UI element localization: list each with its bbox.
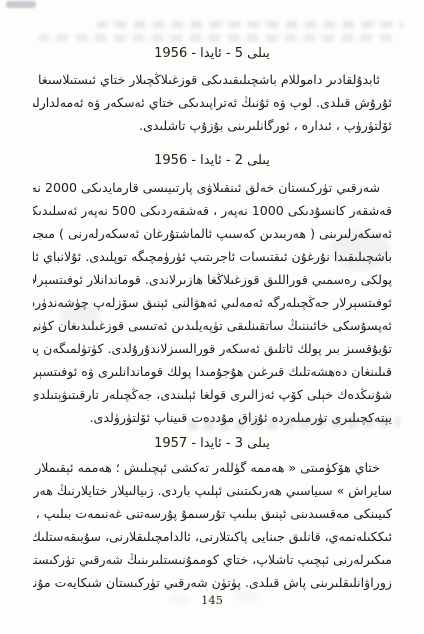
text-line: زوراۋانلىقلىرىنى پاش قىلدى. پۈتۈن شەرقىي…: [33, 571, 392, 594]
text-line: باشچىلىقىدا نۇرغۇن ئىقتىسات ئاجرىتىپ ئۈر…: [33, 245, 392, 268]
text-line: ئىككىلەنمەي، قانلىق جىنايى پاكىتلارنى، ئ…: [33, 525, 392, 548]
paragraph-2: شەرقىي تۈركىستان خەلق ئىنقىلاۋى پارتىيىس…: [33, 176, 392, 429]
text-line: كىيىنكى مەقسىدىنى ئېنىق بىلىپ تۇرسىمۇ پۇ…: [33, 502, 392, 525]
section-heading-1956-5: 1956 - يىلى 5 - ئايدا: [0, 46, 424, 62]
bleedthrough-smudge: [96, 21, 404, 28]
text-line: ئەسكەرلىرىنى ( ھەربىدىن كەسىپ ئالماشتۇرغ…: [33, 222, 392, 245]
text-line: ئەپسۇسكى خائىننىڭ ساتقىنلىقى تۈپەيلىدىن …: [33, 314, 392, 337]
text-line: ئوفىتسېرلار جەڭچىلەرگە ئەمەلىي ئەھۋالنى …: [33, 291, 392, 314]
page-number: 145: [0, 593, 424, 607]
section-heading-1957-3: 1957 - يىلى 3 - ئايدا: [0, 436, 424, 452]
text-line: قەشقەر كانسۇدىكى 1000 نەپەر ، قەشقەردىكى…: [33, 199, 392, 222]
text-line: تۇيۇقسىز بىر پولك ئاتلىق ئەسكەر قورالسىز…: [33, 337, 392, 360]
paragraph-3: ختاي ھۆكۈمىتى « ھەممە گۈللەر تەكشى ئېچىل…: [33, 456, 392, 594]
scan-corner-mark: [6, 1, 36, 8]
text-line: ئۇرۇش قىلدى. لوپ ۋە ئۇنىڭ ئەتراپىدىكى خت…: [33, 91, 392, 114]
text-line: مىكىرلەرنى ئېچىپ تاشلاپ، ختاي كوممۇنىستل…: [33, 548, 392, 571]
scanned-book-page: 1956 - يىلى 5 - ئايدا ئابدۇلقادىر دامولل…: [0, 0, 424, 634]
text-line: سايراش » سىياسىي ھەرىكىتىنى ئېلىپ باردى.…: [33, 479, 392, 502]
paragraph-1: ئابدۇلقادىر داموللام باشچىلىقىدىكى قوزغى…: [33, 68, 392, 137]
section-heading-1956-2: 1956 - يىلى 2 - ئايدا: [0, 153, 424, 169]
text-line: ئۆلتۈرۈپ ، ئىدارە ، ئورگانلىرىنى بۇزۇپ ت…: [33, 114, 392, 137]
text-line: پولكى رەسمىي قوراللىق قوزغىلاڭغا ھازىرلا…: [33, 268, 392, 291]
text-line: قىلىنغان دەھشەتلىك قىرغىن ھۇجۇمىدا پولك …: [33, 360, 392, 383]
text-line: ئابدۇلقادىر داموللام باشچىلىقىدىكى قوزغى…: [33, 68, 392, 91]
text-line: ختاي ھۆكۈمىتى « ھەممە گۈللەر تەكشى ئېچىل…: [33, 456, 392, 479]
text-line: شۇنىڭدەك خېلى كۆپ ئەزالىرى قولغا ئېلىندى…: [33, 383, 392, 406]
text-line: شەرقىي تۈركىستان خەلق ئىنقىلاۋى پارتىيىس…: [33, 176, 392, 199]
text-line: يېتەكچىلىرى تۈرمىلەردە ئۇزاق مۇددەت قىين…: [33, 406, 392, 429]
bleedthrough-smudge: [38, 34, 400, 42]
